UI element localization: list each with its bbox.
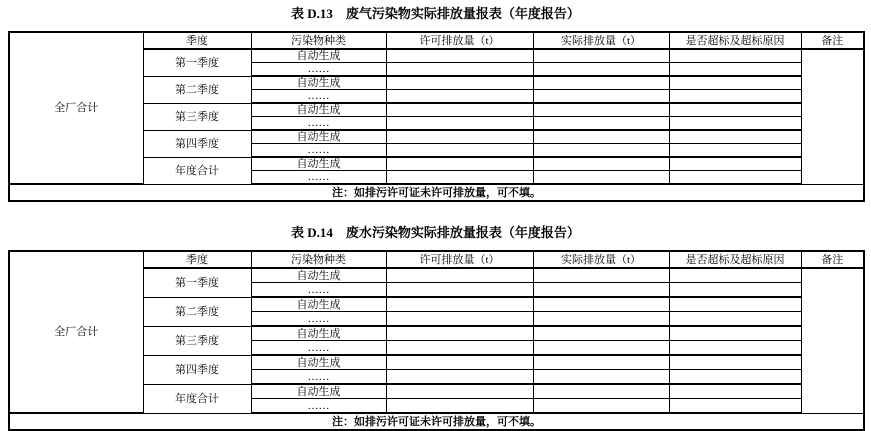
actual-cell bbox=[533, 117, 669, 131]
pollutant-ellipsis-cell: …… bbox=[251, 90, 386, 104]
permitted-cell bbox=[386, 268, 533, 283]
exceed-cell bbox=[669, 355, 801, 370]
actual-cell bbox=[533, 144, 669, 158]
exceed-cell bbox=[669, 341, 801, 356]
pollutant-ellipsis-cell: …… bbox=[251, 341, 386, 356]
actual-cell bbox=[533, 370, 669, 385]
permitted-cell bbox=[386, 49, 533, 63]
header-permitted: 许可排放量（t） bbox=[386, 32, 533, 49]
header-permitted: 许可排放量（t） bbox=[386, 251, 533, 268]
quarter-label: 第三季度 bbox=[143, 103, 251, 130]
actual-cell bbox=[533, 384, 669, 399]
pollutant-auto-cell: 自动生成 bbox=[251, 355, 386, 370]
table-d13-title: 表 D.13 废气污染物实际排放量报表（年度报告） bbox=[0, 0, 871, 22]
permitted-cell bbox=[386, 355, 533, 370]
permitted-cell bbox=[386, 326, 533, 341]
actual-cell bbox=[533, 399, 669, 414]
quarter-label: 第一季度 bbox=[143, 49, 251, 76]
pollutant-ellipsis-cell: …… bbox=[251, 399, 386, 414]
note-row: 注：如排污许可证未许可排放量，可不填。 bbox=[9, 184, 864, 201]
header-quarter: 季度 bbox=[143, 251, 251, 268]
exceed-cell bbox=[669, 399, 801, 414]
actual-cell bbox=[533, 90, 669, 104]
permitted-cell bbox=[386, 117, 533, 131]
actual-cell bbox=[533, 171, 669, 185]
permitted-cell bbox=[386, 399, 533, 414]
quarter-label: 第二季度 bbox=[143, 297, 251, 326]
permitted-cell bbox=[386, 283, 533, 298]
actual-cell bbox=[533, 157, 669, 171]
quarter-label: 第一季度 bbox=[143, 268, 251, 297]
quarter-label: 第三季度 bbox=[143, 326, 251, 355]
pollutant-ellipsis-cell: …… bbox=[251, 117, 386, 131]
header-row: 全厂合计 季度 污染物种类 许可排放量（t） 实际排放量（t） 是否超标及超标原… bbox=[9, 32, 864, 49]
pollutant-ellipsis-cell: …… bbox=[251, 370, 386, 385]
actual-cell bbox=[533, 76, 669, 90]
exceed-cell bbox=[669, 297, 801, 312]
actual-cell bbox=[533, 326, 669, 341]
header-exceed: 是否超标及超标原因 bbox=[669, 32, 801, 49]
note-row: 注：如排污许可证未许可排放量，可不填。 bbox=[9, 413, 864, 430]
pollutant-auto-cell: 自动生成 bbox=[251, 297, 386, 312]
actual-cell bbox=[533, 341, 669, 356]
table-d13: 全厂合计 季度 污染物种类 许可排放量（t） 实际排放量（t） 是否超标及超标原… bbox=[8, 31, 865, 202]
exceed-cell bbox=[669, 49, 801, 63]
table-note: 注：如排污许可证未许可排放量，可不填。 bbox=[9, 413, 864, 430]
permitted-cell bbox=[386, 384, 533, 399]
actual-cell bbox=[533, 268, 669, 283]
permitted-cell bbox=[386, 297, 533, 312]
exceed-cell bbox=[669, 90, 801, 104]
actual-cell bbox=[533, 297, 669, 312]
exceed-cell bbox=[669, 326, 801, 341]
permitted-cell bbox=[386, 103, 533, 117]
permitted-cell bbox=[386, 157, 533, 171]
actual-cell bbox=[533, 283, 669, 298]
actual-cell bbox=[533, 63, 669, 77]
permitted-cell bbox=[386, 76, 533, 90]
pollutant-auto-cell: 自动生成 bbox=[251, 326, 386, 341]
pollutant-ellipsis-cell: …… bbox=[251, 283, 386, 298]
exceed-cell bbox=[669, 312, 801, 327]
exceed-cell bbox=[669, 370, 801, 385]
exceed-cell bbox=[669, 157, 801, 171]
permitted-cell bbox=[386, 130, 533, 144]
table-note: 注：如排污许可证未许可排放量，可不填。 bbox=[9, 184, 864, 201]
exceed-cell bbox=[669, 63, 801, 77]
actual-cell bbox=[533, 130, 669, 144]
actual-cell bbox=[533, 355, 669, 370]
plant-total-cell: 全厂合计 bbox=[9, 251, 143, 413]
pollutant-auto-cell: 自动生成 bbox=[251, 103, 386, 117]
pollutant-auto-cell: 自动生成 bbox=[251, 130, 386, 144]
header-row: 全厂合计 季度 污染物种类 许可排放量（t） 实际排放量（t） 是否超标及超标原… bbox=[9, 251, 864, 268]
permitted-cell bbox=[386, 312, 533, 327]
exceed-cell bbox=[669, 171, 801, 185]
pollutant-auto-cell: 自动生成 bbox=[251, 49, 386, 63]
header-remark: 备注 bbox=[801, 32, 864, 49]
header-actual: 实际排放量（t） bbox=[533, 32, 669, 49]
pollutant-ellipsis-cell: …… bbox=[251, 63, 386, 77]
pollutant-auto-cell: 自动生成 bbox=[251, 76, 386, 90]
exceed-cell bbox=[669, 268, 801, 283]
permitted-cell bbox=[386, 171, 533, 185]
exceed-cell bbox=[669, 384, 801, 399]
header-remark: 备注 bbox=[801, 251, 864, 268]
remark-cell bbox=[801, 268, 864, 413]
actual-cell bbox=[533, 312, 669, 327]
exceed-cell bbox=[669, 130, 801, 144]
permitted-cell bbox=[386, 90, 533, 104]
pollutant-ellipsis-cell: …… bbox=[251, 312, 386, 327]
pollutant-auto-cell: 自动生成 bbox=[251, 384, 386, 399]
remark-cell bbox=[801, 49, 864, 184]
header-exceed: 是否超标及超标原因 bbox=[669, 251, 801, 268]
pollutant-ellipsis-cell: …… bbox=[251, 171, 386, 185]
exceed-cell bbox=[669, 103, 801, 117]
permitted-cell bbox=[386, 341, 533, 356]
header-quarter: 季度 bbox=[143, 32, 251, 49]
pollutant-ellipsis-cell: …… bbox=[251, 144, 386, 158]
table-d14-title: 表 D.14 废水污染物实际排放量报表（年度报告） bbox=[0, 202, 871, 241]
quarter-label: 第四季度 bbox=[143, 355, 251, 384]
header-pollutant: 污染物种类 bbox=[251, 251, 386, 268]
permitted-cell bbox=[386, 370, 533, 385]
quarter-label: 第二季度 bbox=[143, 76, 251, 103]
plant-total-cell: 全厂合计 bbox=[9, 32, 143, 184]
exceed-cell bbox=[669, 117, 801, 131]
pollutant-auto-cell: 自动生成 bbox=[251, 157, 386, 171]
permitted-cell bbox=[386, 63, 533, 77]
actual-cell bbox=[533, 49, 669, 63]
header-actual: 实际排放量（t） bbox=[533, 251, 669, 268]
table-d14: 全厂合计 季度 污染物种类 许可排放量（t） 实际排放量（t） 是否超标及超标原… bbox=[8, 250, 865, 431]
actual-cell bbox=[533, 103, 669, 117]
exceed-cell bbox=[669, 283, 801, 298]
exceed-cell bbox=[669, 144, 801, 158]
pollutant-auto-cell: 自动生成 bbox=[251, 268, 386, 283]
quarter-label: 第四季度 bbox=[143, 130, 251, 157]
permitted-cell bbox=[386, 144, 533, 158]
exceed-cell bbox=[669, 76, 801, 90]
header-pollutant: 污染物种类 bbox=[251, 32, 386, 49]
quarter-label: 年度合计 bbox=[143, 157, 251, 184]
quarter-label: 年度合计 bbox=[143, 384, 251, 413]
